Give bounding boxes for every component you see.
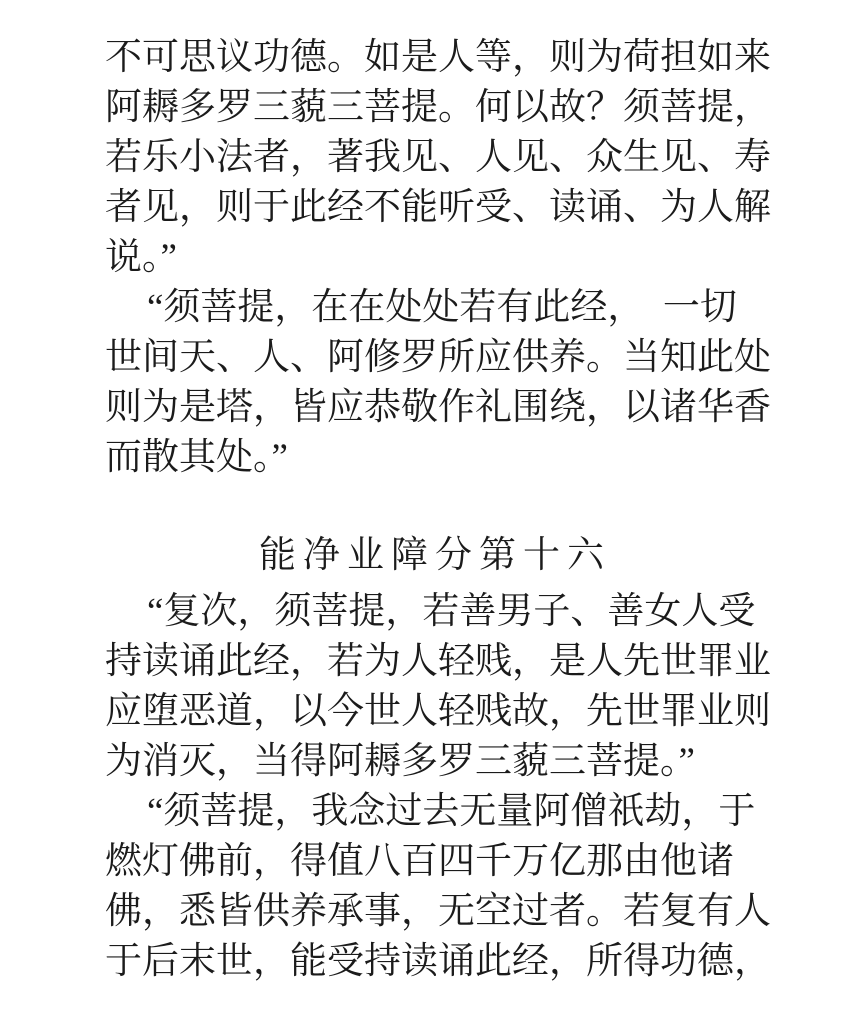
chapter-heading: 能净业障分第十六 — [105, 531, 765, 581]
paragraph-past-kalpas: “须菩提，我念过去无量阿僧祇劫，于 燃灯佛前，得值八百四千万亿那由他诸 佛，悉皆… — [105, 787, 825, 987]
paragraph-purifying-karma: “复次，须菩提，若善男子、善女人受 持读诵此经，若为人轻贱，是人先世罪业 应堕恶… — [105, 587, 825, 787]
paragraph-offerings: “须菩提，在在处处若有此经， 一切 世间天、人、阿修罗所应供养。当知此处 则为是… — [105, 283, 825, 483]
paragraph-continuation: 不可思议功德。如是人等，则为荷担如来 阿耨多罗三藐三菩提。何以故？须菩提， 若乐… — [105, 33, 825, 283]
text-column: 不可思议功德。如是人等，则为荷担如来 阿耨多罗三藐三菩提。何以故？须菩提， 若乐… — [105, 33, 825, 987]
document-page: 不可思议功德。如是人等，则为荷担如来 阿耨多罗三藐三菩提。何以故？须菩提， 若乐… — [0, 0, 864, 1024]
